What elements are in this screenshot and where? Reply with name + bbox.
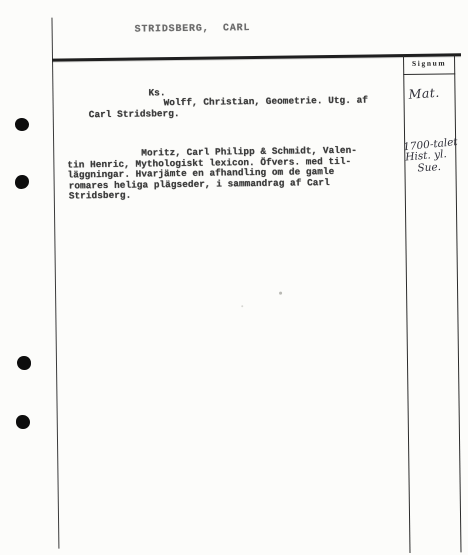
signum-header-bottom-border [403, 73, 455, 75]
entry1-line: Carl Stridsberg. [89, 108, 180, 119]
card-heading: STRIDSBERG, CARL [135, 24, 251, 36]
signum-column-right-border [454, 55, 462, 552]
card-left-margin-line [51, 18, 59, 549]
entry2-line: romares heliga plägseder, i sammandrag a… [69, 178, 330, 191]
catalog-card: STRIDSBERG, CARL Signum Ks. Wolff, Chris… [0, 0, 468, 555]
signum-column-header: Signum [403, 58, 455, 68]
entry1-line: Wolff, Christian, Geometrie. Utg. af [164, 96, 368, 109]
entry2-line: Stridsberg. [69, 191, 132, 202]
catalog-card-scan: STRIDSBERG, CARL Signum Ks. Wolff, Chris… [0, 0, 468, 555]
entry1-signum-handwriting: Mat. [408, 85, 440, 102]
entry2-signum-handwriting: Sue. [417, 161, 441, 175]
scan-speck [279, 292, 282, 295]
signum-column-left-border [403, 56, 411, 553]
scan-speck [241, 305, 243, 307]
card-top-border [52, 53, 461, 61]
